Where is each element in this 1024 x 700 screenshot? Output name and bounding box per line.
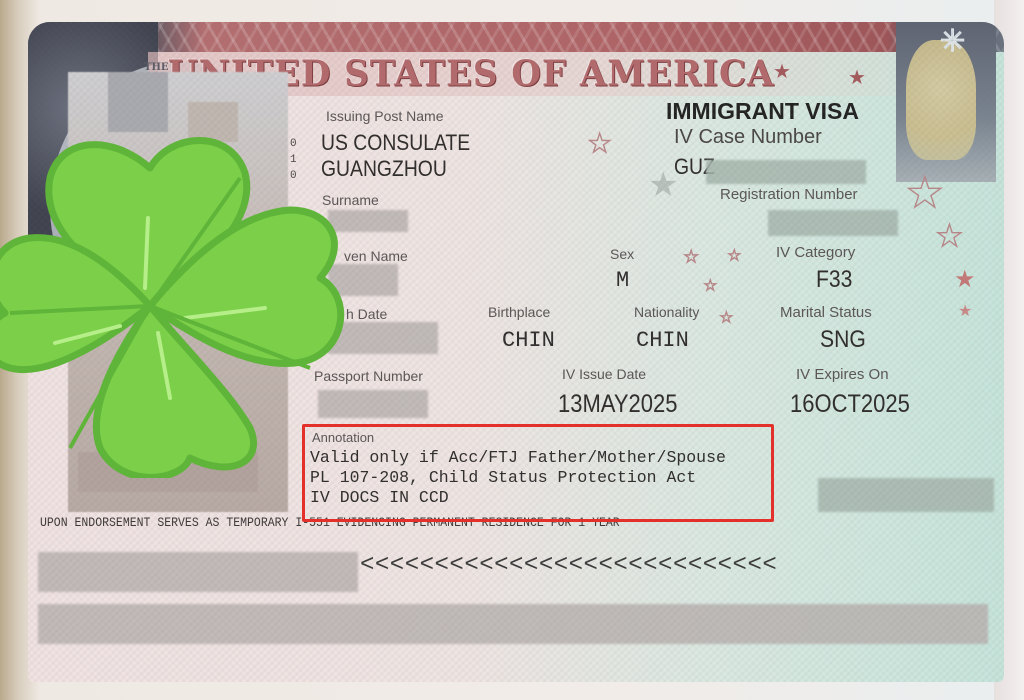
star-icon: ★ — [936, 222, 963, 252]
mrz-line-2-redacted — [38, 604, 988, 644]
given-name-label: ven Name — [344, 248, 408, 264]
registration-number-redacted — [768, 210, 898, 236]
nationality-label: Nationality — [634, 304, 699, 320]
star-icon: ★ — [848, 68, 866, 88]
star-icon: ★ — [588, 130, 611, 156]
marital-status-value: SNG — [820, 326, 866, 354]
four-leaf-clover-sticker — [0, 118, 350, 478]
iv-expires-on-label: IV Expires On — [796, 366, 889, 383]
sex-value: M — [616, 268, 629, 293]
iv-issue-date-value: 13MAY2025 — [558, 390, 677, 419]
star-icon: ★ — [773, 62, 791, 82]
star-icon: ✳ — [940, 27, 965, 57]
visa-type-title: IMMIGRANT VISA — [666, 98, 859, 125]
star-icon: ★ — [728, 248, 741, 262]
mrz-line-1: <<<<<<<<<<<<<<<<<<<<<<<<<<<< — [360, 552, 777, 579]
annotation-side-redacted — [818, 478, 994, 512]
iv-category-label: IV Category — [776, 244, 855, 261]
iv-expires-on-value: 16OCT2025 — [790, 390, 910, 419]
birthplace-label: Birthplace — [488, 304, 550, 320]
hologram-portrait — [906, 40, 976, 160]
marital-status-label: Marital Status — [780, 304, 872, 321]
nationality-value: CHIN — [636, 328, 689, 353]
star-icon: ★ — [958, 304, 972, 320]
star-icon: ★ — [704, 278, 717, 292]
iv-case-number-redacted — [706, 160, 866, 184]
iv-issue-date-label: IV Issue Date — [562, 366, 646, 382]
iv-case-number-label: IV Case Number — [674, 126, 822, 149]
star-icon: ★ — [720, 310, 733, 324]
iv-category-value: F33 — [816, 266, 852, 294]
mrz-line-1-redacted — [38, 552, 358, 592]
sex-label: Sex — [610, 246, 634, 262]
annotation-highlight-box — [302, 424, 774, 522]
security-pattern-band — [28, 22, 1004, 52]
star-icon: ★ — [906, 172, 944, 214]
star-icon: ★ — [954, 268, 976, 292]
birthplace-value: CHIN — [502, 328, 555, 353]
birth-date-label: h Date — [346, 306, 387, 322]
star-icon: ★ — [684, 250, 698, 266]
registration-number-label: Registration Number — [720, 186, 858, 203]
